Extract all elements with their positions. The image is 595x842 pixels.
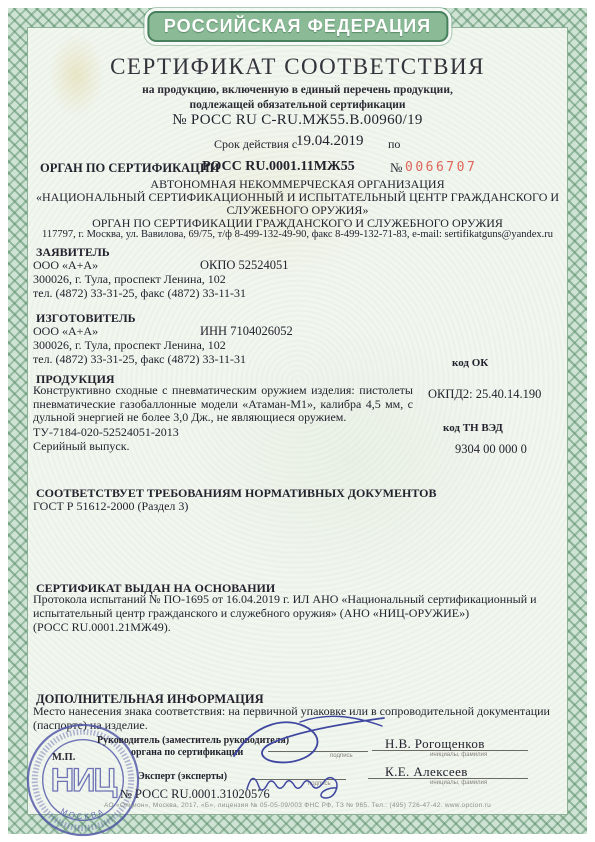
- product-tu: ТУ-7184-020-52524051-2013: [33, 425, 179, 440]
- expert-signature: [243, 757, 349, 803]
- product-okpd2-code: ОКПД2: 25.40.14.190: [428, 387, 541, 402]
- basis-text: Протокола испытаний № ПО-1695 от 16.04.2…: [33, 593, 558, 620]
- cert-body-registration-code: РОСС RU.0001.11МЖ55: [202, 159, 355, 175]
- expert-role-label: Эксперт (эксперты): [138, 771, 227, 782]
- head-role-line2: органа по сертификации: [131, 747, 243, 758]
- code-ok-label: код ОК: [452, 357, 488, 369]
- manufacturer-address: 300026, г. Тула, проспект Ленина, 102: [33, 338, 226, 353]
- stamp-center-text: НИЦ: [51, 762, 118, 798]
- basis-code: (РОСС RU.0001.21МЖ49).: [33, 620, 171, 635]
- product-description: Конструктивно сходные с пневматическим о…: [33, 384, 413, 425]
- cert-body-address: 117797, г. Москва, ул. Вавилова, 69/75, …: [0, 229, 595, 240]
- cert-body-section-label: ОРГАН ПО СЕРТИФИКАЦИИ: [40, 161, 219, 176]
- expert-name: К.Е. Алексеев: [385, 764, 468, 780]
- head-name-caption: инициалы, фамилия: [430, 752, 487, 758]
- certificate-title: СЕРТИФИКАТ СООТВЕТСТВИЯ: [0, 54, 595, 80]
- manufacturer-name: ООО «А+А»: [33, 324, 98, 339]
- head-name: Н.В. Рогощенков: [385, 736, 485, 752]
- stamp-place-label: М.П.: [52, 752, 75, 763]
- country-banner: РОССИЙСКАЯ ФЕДЕРАЦИЯ: [147, 11, 448, 42]
- conformity-standard: ГОСТ Р 51612-2000 (Раздел 3): [33, 499, 188, 514]
- certificate-page: РОССИЙСКАЯ ФЕДЕРАЦИЯ СЕРТИФИКАТ СООТВЕТС…: [0, 0, 595, 842]
- validity-label: Срок действия с: [214, 137, 297, 152]
- manufacturer-inn: ИНН 7104026052: [200, 324, 293, 339]
- applicant-address: 300026, г. Тула, проспект Ленина, 102: [33, 272, 226, 287]
- tn-ved-label: код ТН ВЭД: [443, 422, 503, 434]
- validity-to-label: по: [388, 137, 400, 152]
- applicant-phone: тел. (4872) 33-31-25, факс (4872) 33-11-…: [33, 286, 246, 301]
- applicant-okpo: ОКПО 52524051: [200, 258, 289, 273]
- printer-imprint: АО «Опцион», Москва, 2017, «Б», лицензия…: [0, 802, 595, 809]
- expert-name-caption: инициалы, фамилия: [430, 780, 487, 786]
- subtitle-line2: подлежащей обязательной сертификации: [0, 99, 595, 111]
- product-serial: Серийный выпуск.: [33, 439, 130, 454]
- blank-number-label: №: [390, 160, 402, 176]
- tn-ved-code: 9304 00 000 0: [455, 442, 527, 457]
- certificate-number: № РОСС RU C-RU.МЖ55.В.00960/19: [0, 112, 595, 129]
- manufacturer-phone: тел. (4872) 33-31-25, факс (4872) 33-11-…: [33, 352, 246, 367]
- subtitle-line1: на продукцию, включенную в единый перече…: [0, 84, 595, 96]
- validity-from-date: 19.04.2019: [296, 133, 364, 150]
- blank-number-value: 0066707: [405, 160, 477, 175]
- applicant-name: ООО «А+А»: [33, 258, 98, 273]
